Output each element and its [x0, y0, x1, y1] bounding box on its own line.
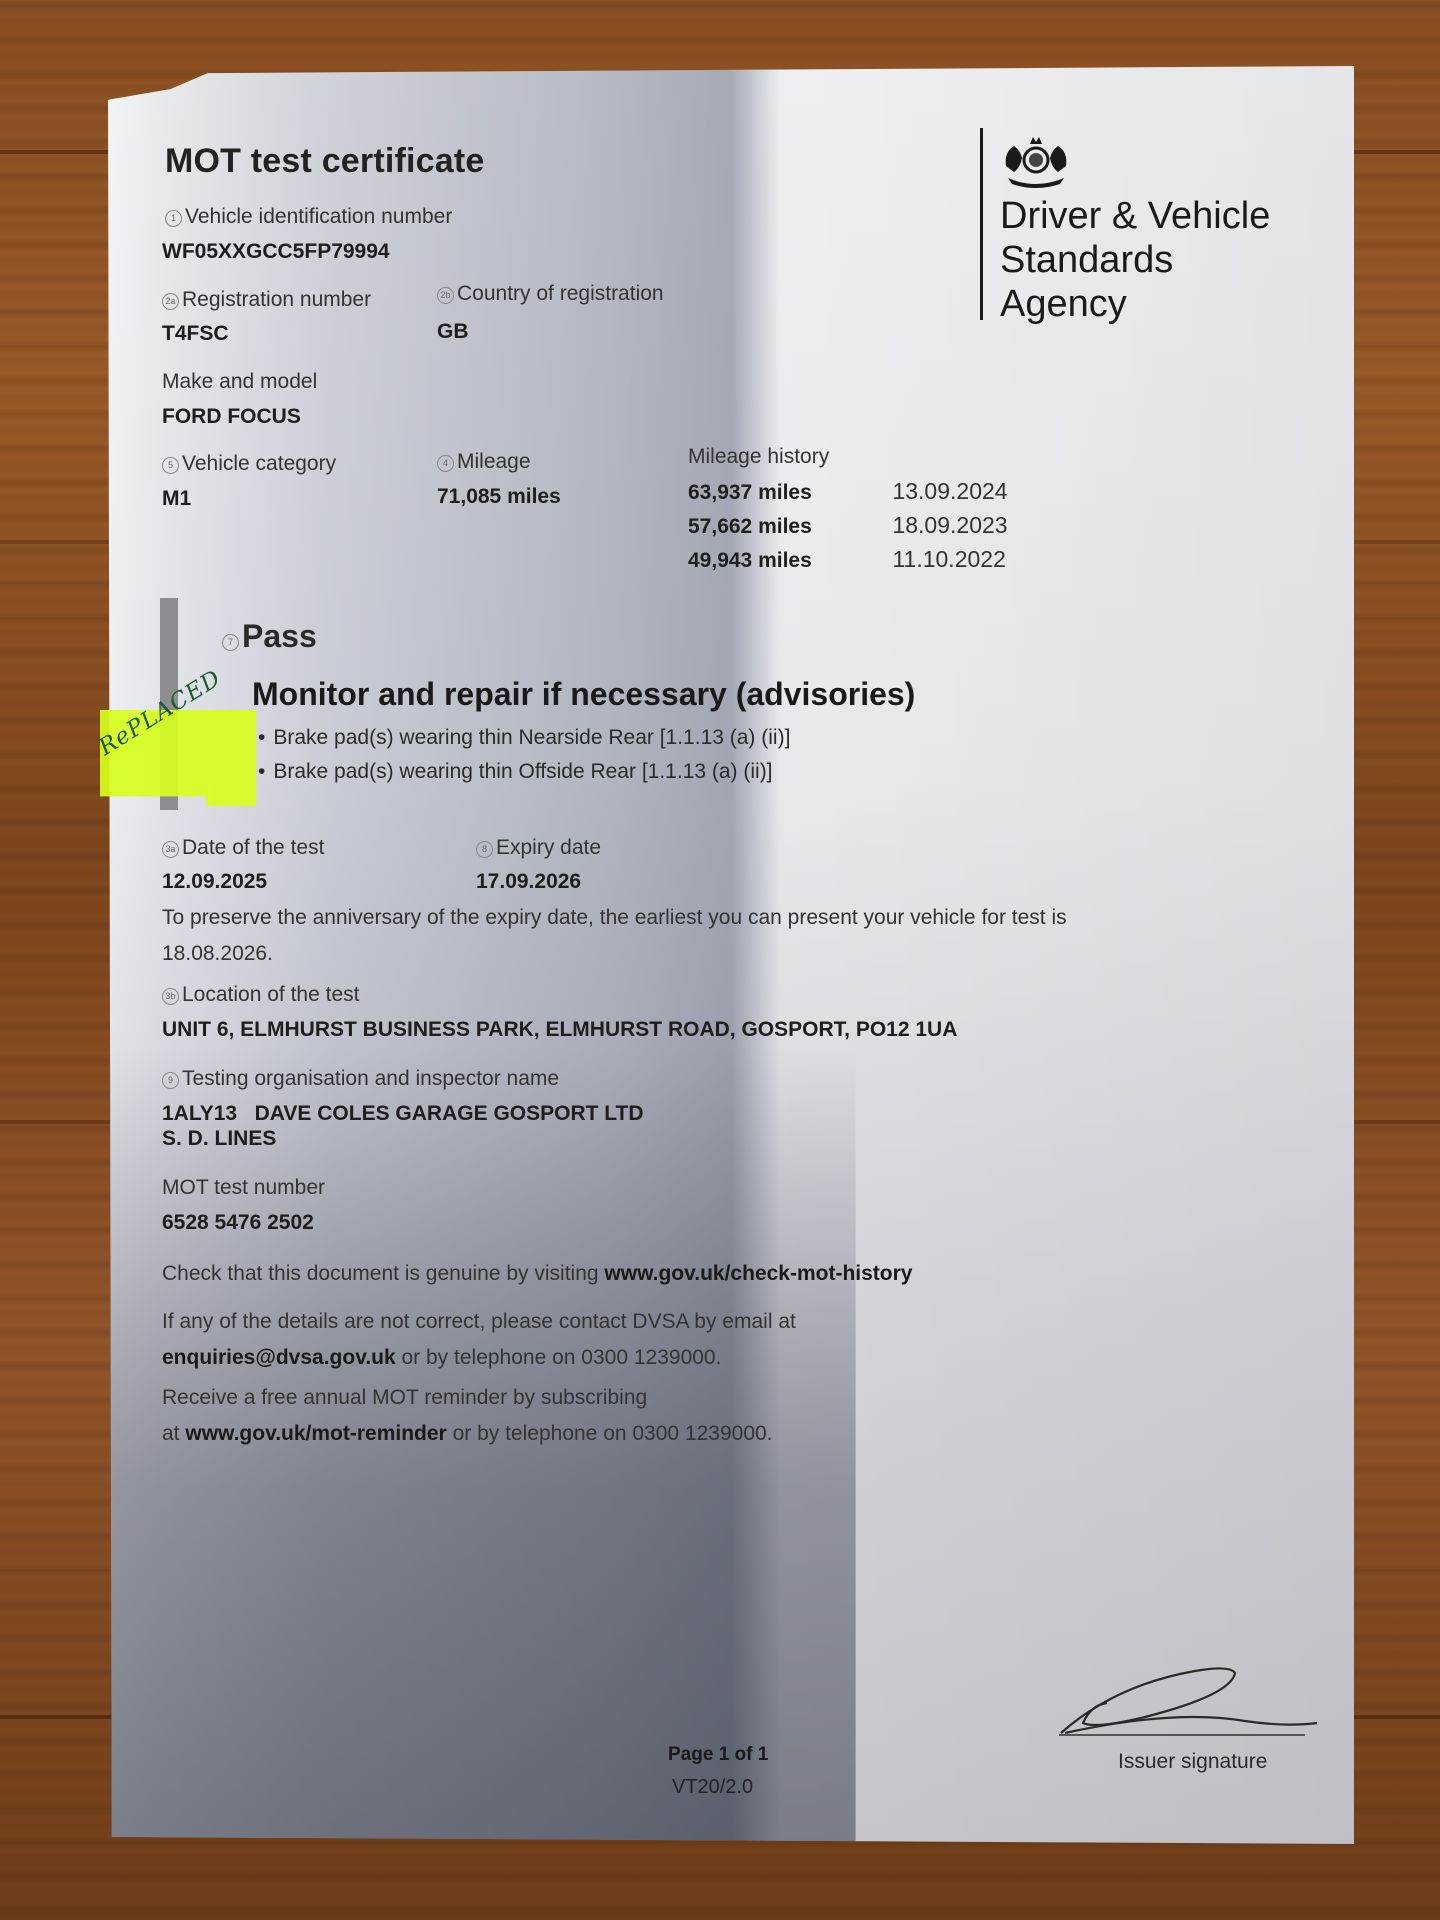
- location-value: UNIT 6, ELMHURST BUSINESS PARK, ELMHURST…: [162, 1018, 957, 1042]
- advisories-heading: Monitor and repair if necessary (advisor…: [252, 676, 915, 713]
- make-model-label: Make and model: [162, 370, 317, 394]
- mileage-history-row: 49,943 miles 11.10.2022: [688, 546, 1008, 580]
- mileage-value: 71,085 miles: [437, 485, 561, 509]
- test-result-status: 7Pass: [222, 618, 317, 655]
- contact-text: If any of the details are not correct, p…: [162, 1304, 796, 1376]
- logo-divider: [980, 128, 983, 320]
- registration-label: 2aRegistration number: [162, 288, 371, 312]
- contact-email-link[interactable]: enquiries@dvsa.gov.uk: [162, 1346, 396, 1369]
- test-date-label: 3aDate of the test: [162, 836, 324, 860]
- country-value: GB: [437, 320, 469, 344]
- check-genuine-text: Check that this document is genuine by v…: [162, 1256, 912, 1292]
- vin-label: 1Vehicle identification number: [165, 205, 452, 229]
- registration-value: T4FSC: [162, 322, 229, 346]
- royal-coat-of-arms-icon: [1000, 132, 1072, 190]
- advisory-item: Brake pad(s) wearing thin Offside Rear […: [258, 760, 773, 784]
- organisation-label: 9Testing organisation and inspector name: [162, 1067, 559, 1091]
- country-label: 2bCountry of registration: [437, 282, 664, 306]
- advisory-item: Brake pad(s) wearing thin Nearside Rear …: [258, 726, 790, 750]
- vehicle-category-label: 5Vehicle category: [162, 452, 336, 476]
- anniversary-note: To preserve the anniversary of the expir…: [162, 900, 1242, 972]
- mileage-history-row: 63,937 miles 13.09.2024: [688, 478, 1008, 512]
- test-number-value: 6528 5476 2502: [162, 1211, 314, 1235]
- expiry-date-value: 17.09.2026: [476, 870, 581, 894]
- location-label: 3bLocation of the test: [162, 983, 359, 1007]
- issuer-signature-label: Issuer signature: [1118, 1750, 1267, 1774]
- page-number: Page 1 of 1: [668, 1744, 768, 1766]
- mileage-history-label: Mileage history: [688, 445, 829, 469]
- check-mot-history-link[interactable]: www.gov.uk/check-mot-history: [604, 1262, 912, 1285]
- form-code: VT20/2.0: [672, 1776, 753, 1799]
- mileage-history-row: 57,662 miles 18.09.2023: [688, 512, 1008, 546]
- reminder-text: Receive a free annual MOT reminder by su…: [162, 1380, 773, 1452]
- mot-reminder-link[interactable]: www.gov.uk/mot-reminder: [185, 1422, 446, 1445]
- expiry-date-label: 8Expiry date: [476, 836, 601, 860]
- vin-value: WF05XXGCC5FP79994: [162, 240, 390, 264]
- vehicle-category-value: M1: [162, 487, 191, 511]
- test-date-value: 12.09.2025: [162, 870, 267, 894]
- inspector-name: S. D. LINES: [162, 1127, 276, 1151]
- make-model-value: FORD FOCUS: [162, 405, 301, 429]
- test-number-label: MOT test number: [162, 1176, 325, 1200]
- agency-name: Driver & Vehicle Standards Agency: [1000, 194, 1270, 326]
- mileage-label: 4Mileage: [437, 450, 531, 474]
- document-title: MOT test certificate: [165, 142, 485, 181]
- organisation-value: 1ALY13 DAVE COLES GARAGE GOSPORT LTD: [162, 1102, 644, 1126]
- issuer-signature-mark: [1055, 1665, 1320, 1740]
- mileage-history-list: 63,937 miles 13.09.2024 57,662 miles 18.…: [688, 478, 1008, 580]
